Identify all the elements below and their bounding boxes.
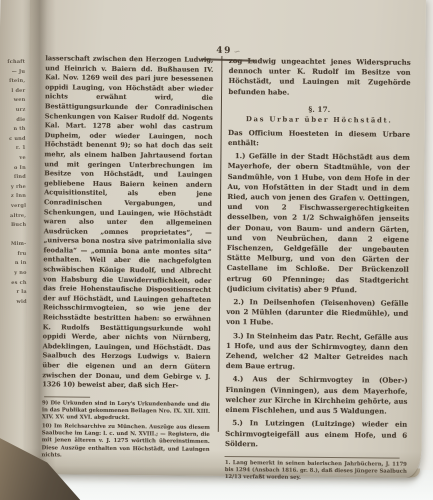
page-content: 49∽ lasserschaft zwischen den Herzogen L… (41, 0, 412, 478)
facing-page-text-fragments: ſchaft — Ju ſtein, l der wen urz die n t… (0, 58, 27, 308)
left-column-body: lasserschaft zwischen den Herzogen Ludwi… (42, 54, 213, 391)
list-item-1: 1.) Gefälle in der Stadt Höchstädt aus d… (227, 151, 410, 296)
urbar-intro: Das Officium Hoesteten in diesem Urbare … (228, 128, 410, 150)
flourish-icon: ∽ (233, 47, 241, 57)
list-item-2: 2.) In Deilsenhofen (Teisenhoven) Gefäll… (226, 297, 408, 329)
book-page: 49∽ lasserschaft zwischen den Herzogen L… (25, 0, 426, 478)
text-columns: lasserschaft zwischen den Herzogen Ludwi… (41, 54, 411, 483)
section-heading: Das Urbar über Höchstädt. (228, 115, 410, 125)
footnote-right: 1. Lang bemerkt in seinen baierischen Ja… (225, 460, 407, 483)
column-divider-rule (218, 56, 223, 432)
section-mark: §. 17. (228, 104, 410, 115)
footnote-rule-left (44, 396, 90, 397)
right-column-continuation: zog Ludwig ungeachtet jenes Widerspruchs… (228, 56, 410, 99)
footnote-10: 10) Im Reichsarchive zu München. Auszüge… (42, 423, 210, 461)
list-item-5: 5.) In Lutzingen (Luitzinge) wieder ein … (225, 418, 407, 450)
page-number: 49 (216, 46, 232, 56)
list-item-4: 4.) Aus der Schirmvogtey in (Ober-) Finn… (225, 374, 407, 417)
book-photo: ſchaft — Ju ſtein, l der wen urz die n t… (0, 0, 433, 500)
footnote-9: 9) Die Urkunden sind in Lory's Urkundenb… (42, 400, 210, 423)
page-header: 49∽ (45, 36, 411, 62)
left-column: lasserschaft zwischen den Herzogen Ludwi… (42, 54, 214, 461)
footnote-rule-right (225, 456, 400, 459)
right-column: zog Ludwig ungeachtet jenes Widerspruchs… (225, 56, 411, 483)
list-item-3: 3.) In Steinheim das Patr. Recht, Gefäll… (226, 331, 408, 374)
